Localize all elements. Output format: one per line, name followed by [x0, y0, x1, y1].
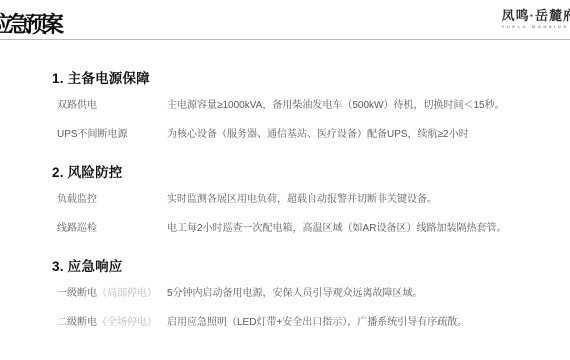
row-label: 二级断电（全场停电） — [52, 317, 167, 329]
section-heading: 1.主备电源保障 — [52, 67, 550, 87]
row-detail: 电工每2小时巡查一次配电箱，高温区域（如AR设备区）线路加装隔热套管。 — [167, 223, 550, 235]
section-heading: 3.应急响应 — [52, 255, 550, 275]
row-label-text: UPS不间断电源 — [57, 129, 128, 140]
row-label-text: 双路供电 — [57, 100, 97, 111]
slide: 应急预案 凤鸣·岳麓府 YUELU MANSION 1.主备电源保障 双路供电 … — [0, 0, 570, 360]
row-label-note: （局部停电） — [97, 288, 157, 299]
row-label-text: 负载监控 — [57, 194, 97, 205]
row-detail: 主电源容量≥1000kVA，备用柴油发电车（500kW）待机，切换时间＜15秒。 — [167, 100, 550, 112]
row-label-text: 一级断电 — [57, 288, 97, 299]
brand-logo: 凤鸣·岳麓府 YUELU MANSION — [502, 9, 570, 30]
row-label: UPS不间断电源 — [52, 129, 167, 141]
row-detail: 为核心设备（服务器、通信基站、医疗设备）配备UPS，续航≥2小时 — [167, 129, 550, 141]
spec-row: UPS不间断电源 为核心设备（服务器、通信基站、医疗设备）配备UPS，续航≥2小… — [52, 129, 550, 141]
row-label-text: 线路巡检 — [57, 223, 97, 234]
header: 应急预案 凤鸣·岳麓府 YUELU MANSION — [0, 0, 570, 40]
section-title: 应急响应 — [68, 259, 123, 274]
spec-row: 负载监控 实时监测各展区用电负荷，超载自动报警并切断非关键设备。 — [52, 194, 550, 206]
section-title: 主备电源保障 — [68, 71, 150, 86]
row-label: 双路供电 — [52, 100, 167, 112]
row-label: 线路巡检 — [52, 223, 167, 235]
row-detail: 5分钟内启动备用电源，安保人员引导观众远离故障区域。 — [167, 288, 550, 300]
page-title: 应急预案 — [0, 8, 59, 39]
content: 1.主备电源保障 双路供电 主电源容量≥1000kVA，备用柴油发电车（500k… — [0, 40, 570, 329]
section-rows: 负载监控 实时监测各展区用电负荷，超载自动报警并切断非关键设备。 线路巡检 电工… — [52, 194, 550, 235]
brand-logo-name: 凤鸣·岳麓府 — [502, 9, 570, 22]
row-detail: 实时监测各展区用电负荷，超载自动报警并切断非关键设备。 — [167, 194, 550, 206]
brand-logo-subtitle: YUELU MANSION — [502, 24, 570, 30]
section-rows: 一级断电（局部停电） 5分钟内启动备用电源，安保人员引导观众远离故障区域。 二级… — [52, 288, 550, 329]
row-detail: 启用应急照明（LED灯带+安全出口指示），广播系统引导有序疏散。 — [167, 317, 550, 329]
section-number: 3. — [52, 259, 64, 274]
section-title: 风险防控 — [68, 165, 123, 180]
section: 3.应急响应 一级断电（局部停电） 5分钟内启动备用电源，安保人员引导观众远离故… — [52, 255, 550, 329]
section-number: 1. — [52, 71, 64, 86]
row-label: 一级断电（局部停电） — [52, 288, 167, 300]
spec-row: 二级断电（全场停电） 启用应急照明（LED灯带+安全出口指示），广播系统引导有序… — [52, 317, 550, 329]
section: 1.主备电源保障 双路供电 主电源容量≥1000kVA，备用柴油发电车（500k… — [52, 67, 550, 141]
section-number: 2. — [52, 165, 64, 180]
spec-row: 一级断电（局部停电） 5分钟内启动备用电源，安保人员引导观众远离故障区域。 — [52, 288, 550, 300]
section-heading: 2.风险防控 — [52, 161, 550, 181]
spec-row: 线路巡检 电工每2小时巡查一次配电箱，高温区域（如AR设备区）线路加装隔热套管。 — [52, 223, 550, 235]
spec-row: 双路供电 主电源容量≥1000kVA，备用柴油发电车（500kW）待机，切换时间… — [52, 100, 550, 112]
section-rows: 双路供电 主电源容量≥1000kVA，备用柴油发电车（500kW）待机，切换时间… — [52, 100, 550, 141]
row-label: 负载监控 — [52, 194, 167, 206]
section: 2.风险防控 负载监控 实时监测各展区用电负荷，超载自动报警并切断非关键设备。 … — [52, 161, 550, 235]
row-label-note: （全场停电） — [97, 317, 157, 328]
row-label-text: 二级断电 — [57, 317, 97, 328]
